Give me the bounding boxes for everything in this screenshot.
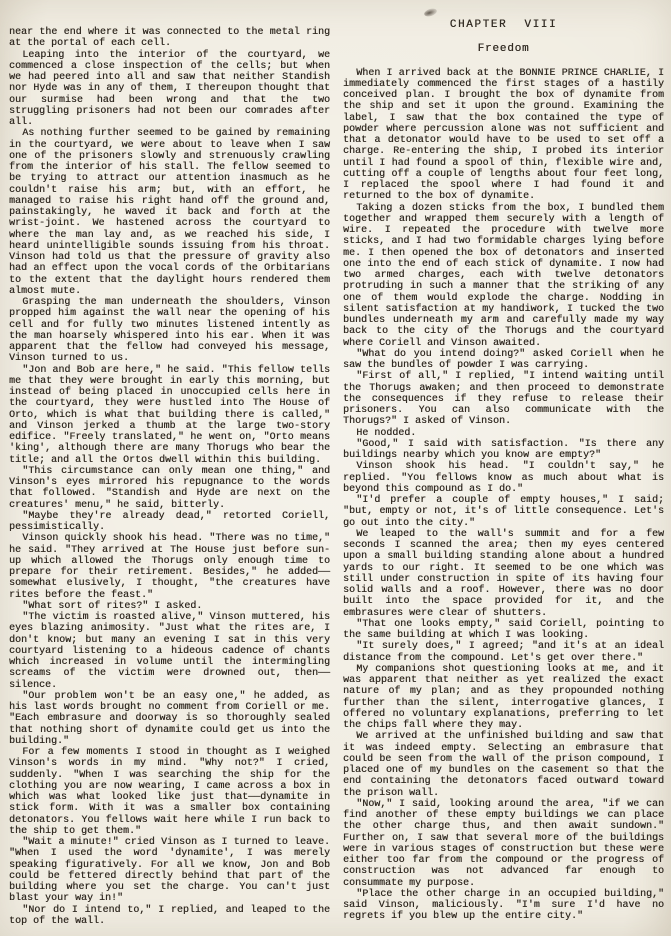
paragraph: He nodded. xyxy=(343,428,664,439)
paragraph: As nothing further seemed to be gained b… xyxy=(9,128,330,297)
paragraph: "It surely does," I agreed; "and it's at… xyxy=(343,641,664,664)
paragraph: "Nor do I intend to," I replied, and lea… xyxy=(9,905,330,928)
paragraph: "That one looks empty," said Coriell, po… xyxy=(343,619,664,642)
paragraph: "This circumstance can only mean one thi… xyxy=(9,466,330,511)
paragraph: Vinson quickly shook his head. "There wa… xyxy=(9,533,330,601)
left-text-column: near the end where it was connected to t… xyxy=(9,17,330,936)
paragraph: "Our problem won't be an easy one," he a… xyxy=(9,691,330,747)
paragraph: When I arrived back at the BONNIE PRINCE… xyxy=(343,68,664,203)
book-page: near the end where it was connected to t… xyxy=(0,0,671,936)
paragraph: Leaping into the interior of the courtya… xyxy=(9,50,330,129)
paragraph: "I'd prefer a couple of empty houses," I… xyxy=(343,495,664,529)
paragraph: near the end where it was connected to t… xyxy=(9,27,330,50)
right-column-body: When I arrived back at the BONNIE PRINCE… xyxy=(343,68,664,923)
paragraph: For a few moments I stood in thought as … xyxy=(9,747,330,837)
paragraph: "Now," I said, looking around the area, … xyxy=(343,799,664,889)
paragraph: "The victim is roasted alive," Vinson mu… xyxy=(9,612,330,691)
paragraph: Grasping the man underneath the shoulder… xyxy=(9,297,330,365)
paragraph: My companions shot questioning looks at … xyxy=(343,664,664,732)
paragraph: "Good," I said with satisfaction. "Is th… xyxy=(343,439,664,462)
paragraph: "Maybe they're already dead," retorted C… xyxy=(9,511,330,534)
paragraph: We arrived at the unfinished building an… xyxy=(343,731,664,799)
chapter-title: Freedom xyxy=(343,44,664,55)
paragraph: "Wait a minute!" cried Vinson as I turne… xyxy=(9,837,330,905)
paragraph: Vinson shook his head. "I couldn't say,"… xyxy=(343,461,664,495)
paragraph: Taking a dozen sticks from the box, I bu… xyxy=(343,203,664,349)
paragraph: "First of all," I replied, "I intend wai… xyxy=(343,371,664,427)
paragraph: "What do you intend doing?" asked Coriel… xyxy=(343,349,664,372)
paragraph: We leaped to the wall's summit and for a… xyxy=(343,529,664,619)
chapter-heading: CHAPTER VIII xyxy=(343,20,664,31)
paragraph: "Place the other charge in an occupied b… xyxy=(343,889,664,923)
right-text-column: CHAPTER VIII Freedom When I arrived back… xyxy=(343,17,664,936)
paragraph: "What sort of rites?" I asked. xyxy=(9,601,330,612)
paragraph: "Jon and Bob are here," he said. "This f… xyxy=(9,365,330,466)
